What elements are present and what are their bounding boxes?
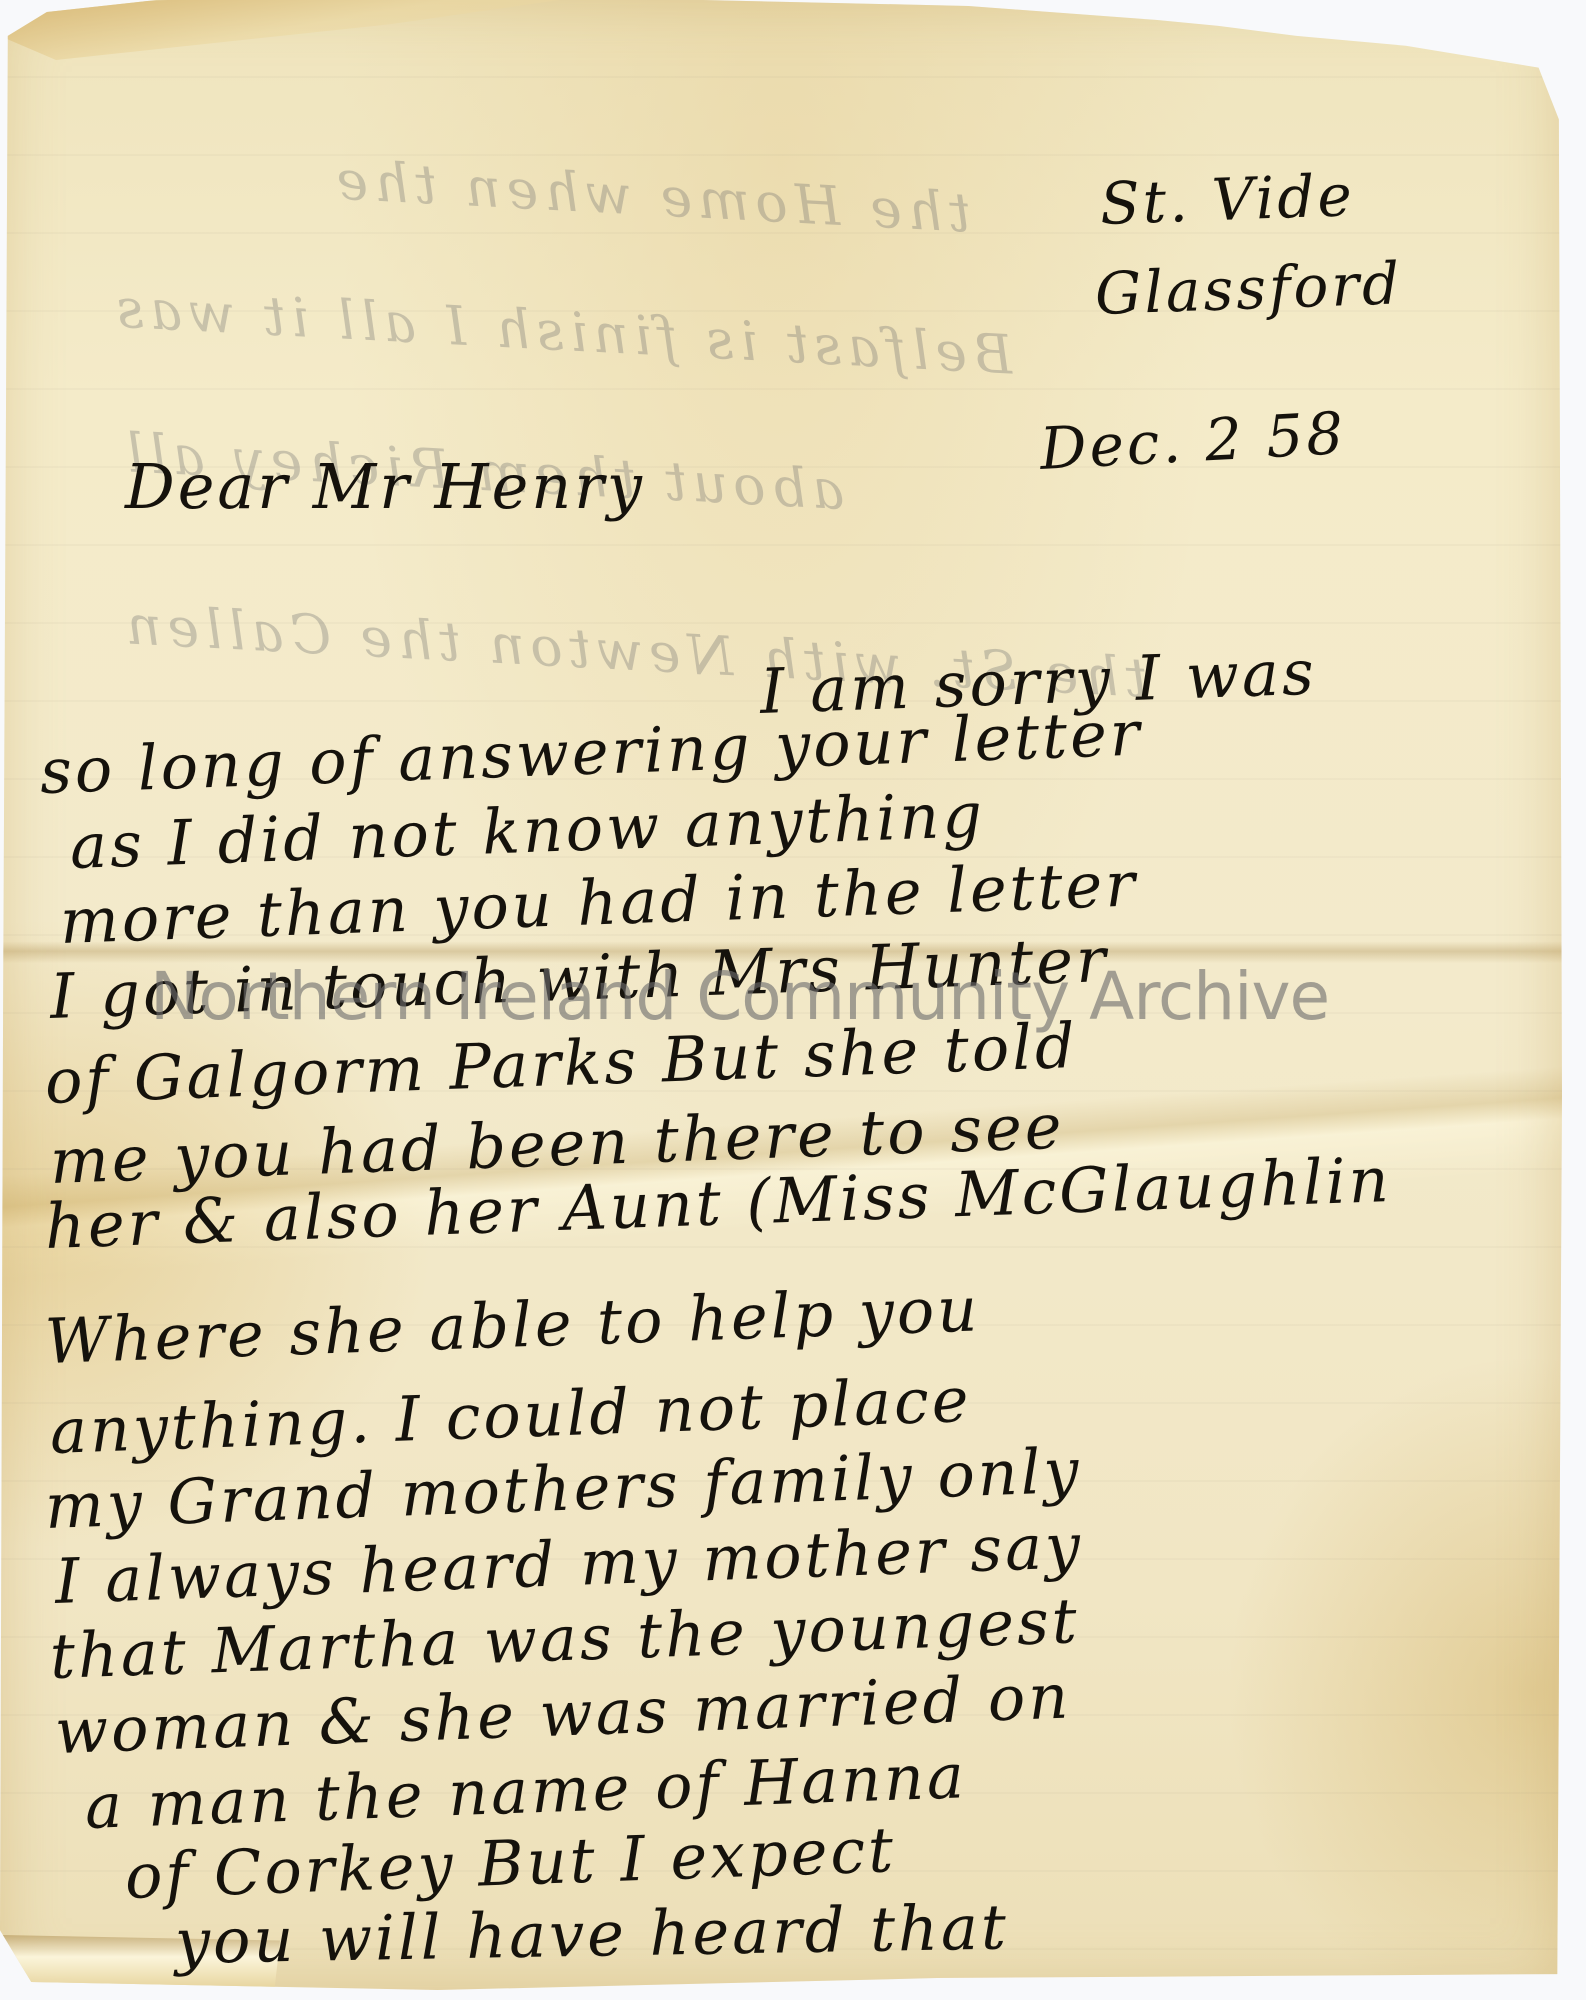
archive-watermark: Northern Ireland Community Archive — [150, 958, 1329, 1035]
scan-background: the Home when the Belfast is finish I al… — [0, 0, 1586, 2000]
salutation: Dear Mr Henry — [125, 450, 645, 523]
address-line-2: Glassford — [1094, 249, 1403, 328]
letter-page: the Home when the Belfast is finish I al… — [0, 0, 1562, 1990]
show-through-text: Belfast is finish I all it was — [109, 276, 1014, 386]
body-line: Where she able to help you — [44, 1272, 981, 1378]
letter-date: Dec. 2 58 — [1038, 399, 1347, 483]
show-through-text: the Home when the — [329, 148, 972, 244]
body-line: you will have heard that — [174, 1890, 1009, 1978]
address-line-1: St. Vide — [1099, 161, 1356, 238]
folded-corner-top — [0, 0, 560, 60]
